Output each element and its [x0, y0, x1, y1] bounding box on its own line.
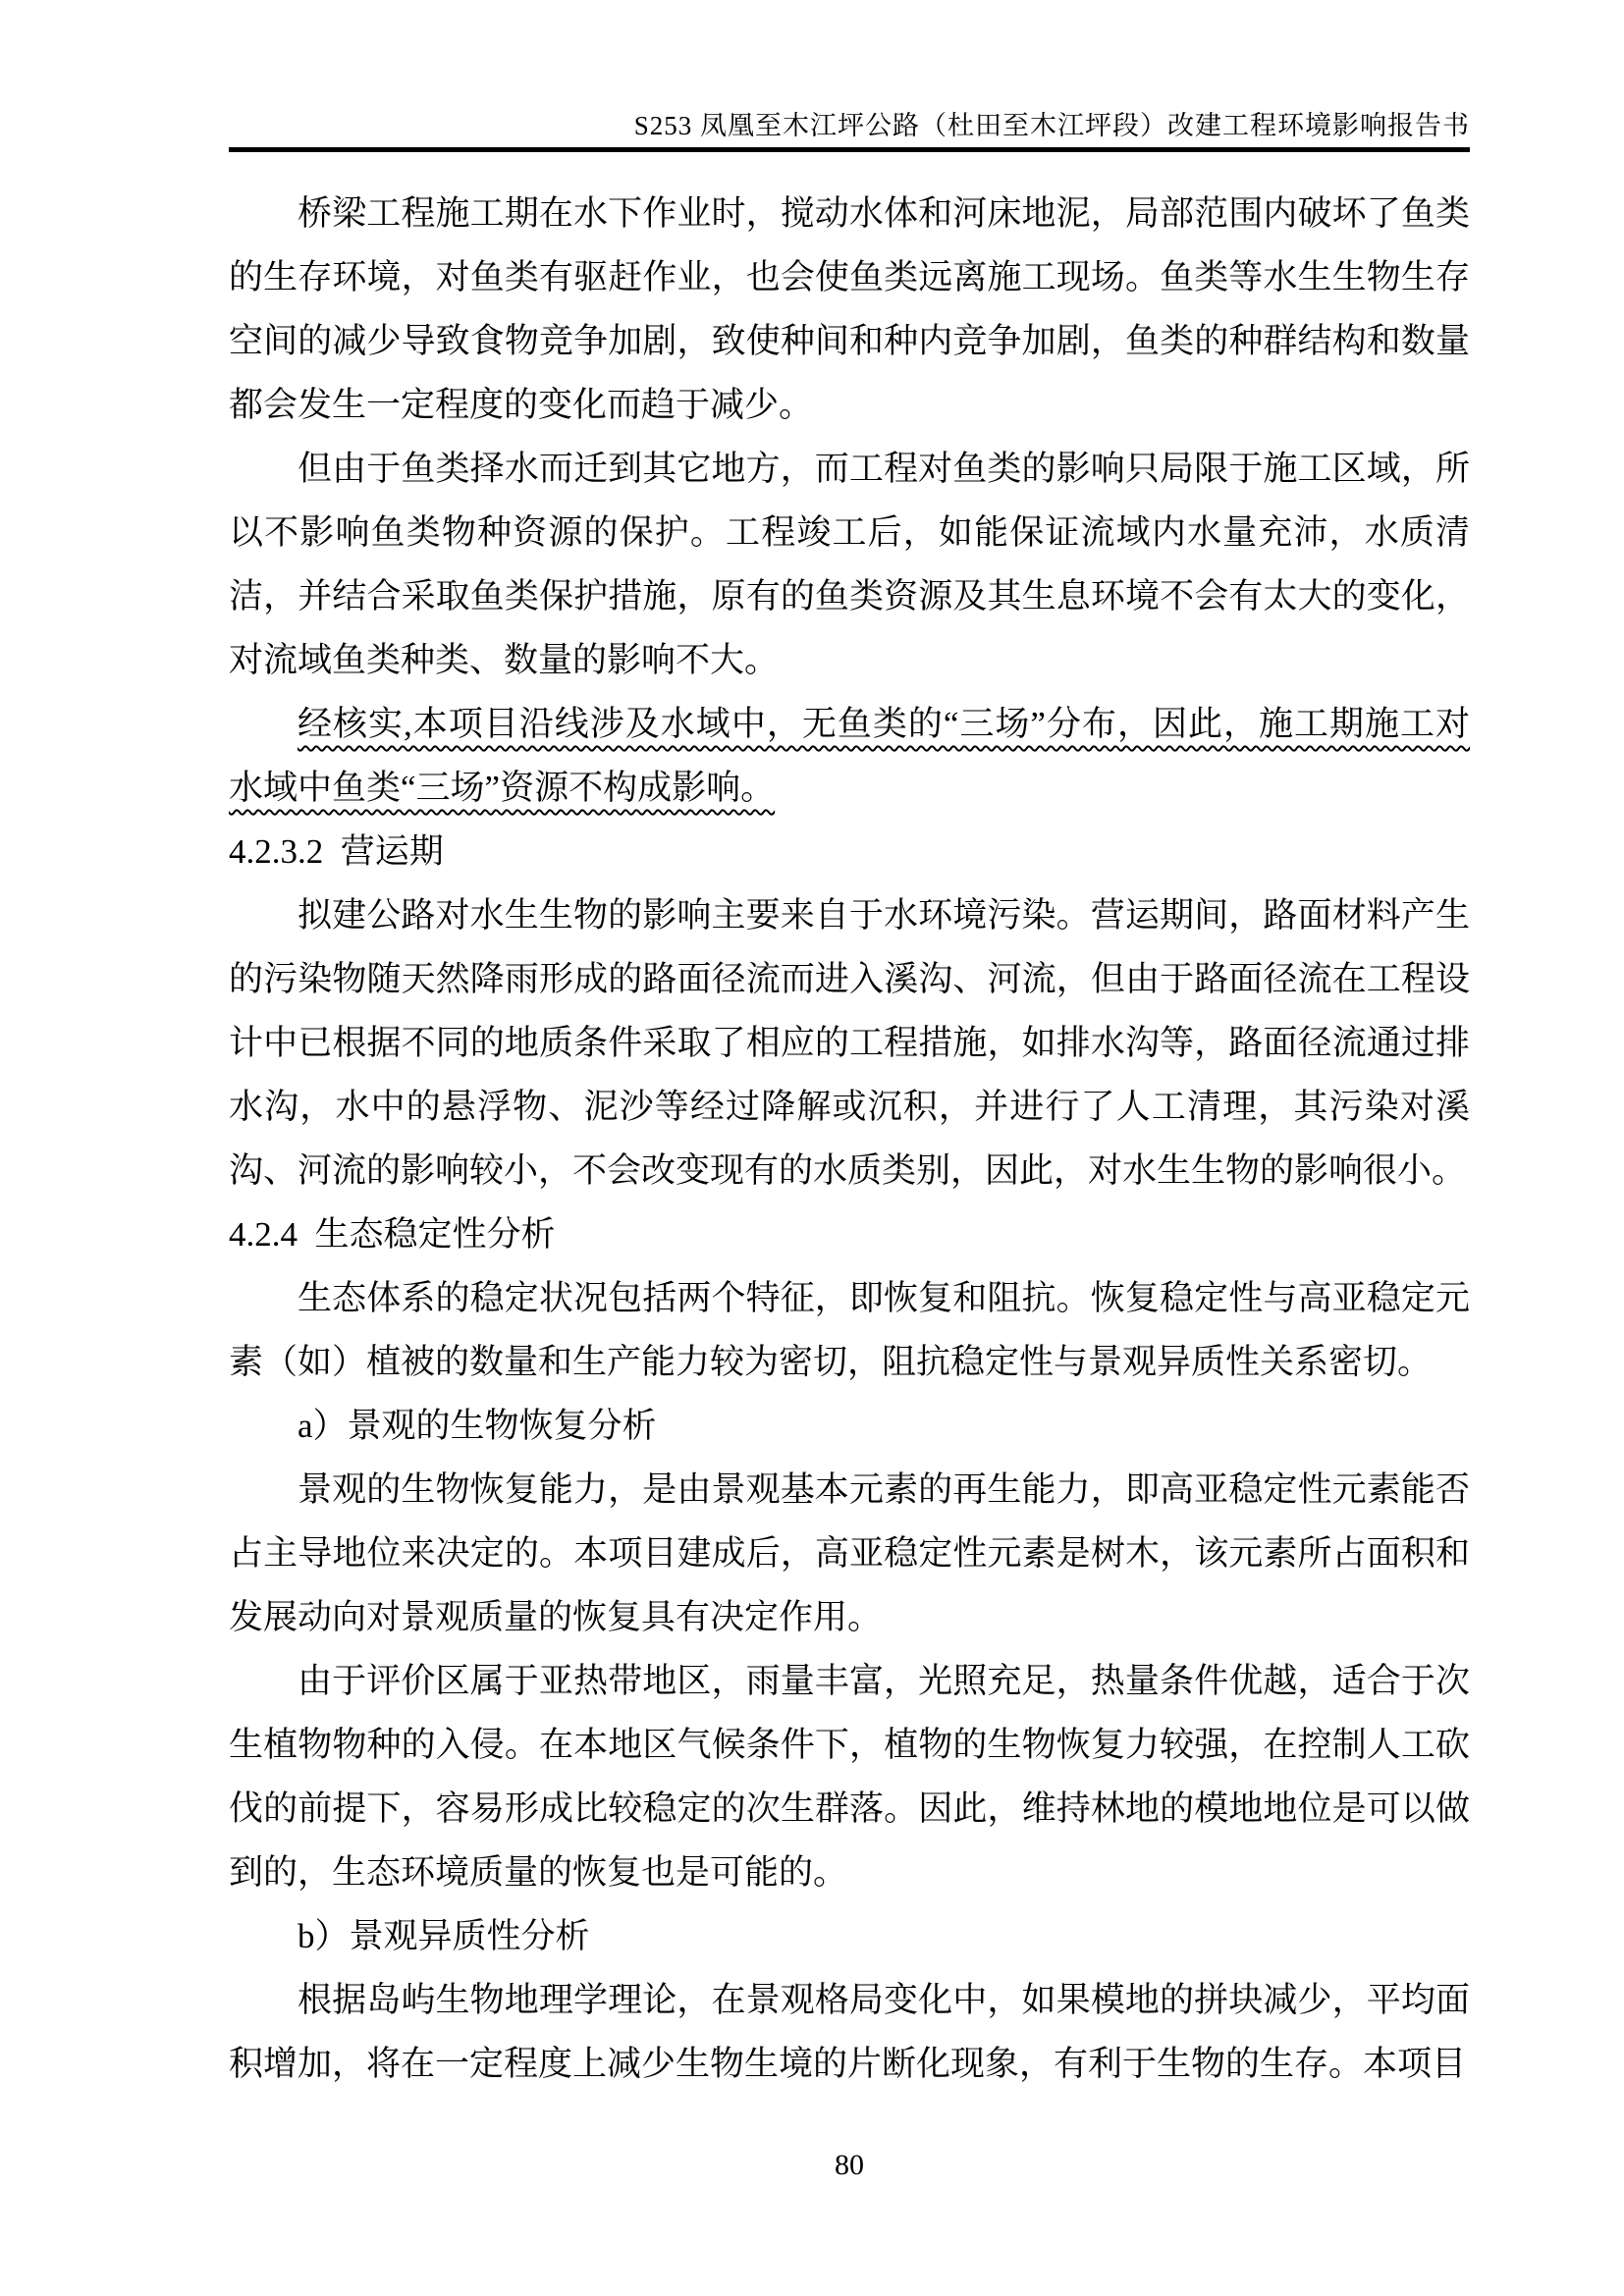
section-heading-4-2-4-ecological-stability: 4.2.4 生态稳定性分析	[229, 1202, 1470, 1266]
paragraph-subtropical-secondary-vegetation: 由于评价区属于亚热带地区，雨量丰富，光照充足，热量条件优越，适合于次生植物物种的…	[229, 1649, 1470, 1904]
content-column: S253 凤凰至木江坪公路（杜田至木江坪段）改建工程环境影响报告书 桥梁工程施工…	[229, 0, 1470, 2096]
paragraph-bridge-construction-impact: 桥梁工程施工期在水下作业时，搅动水体和河床地泥，局部范围内破坏了鱼类的生存环境，…	[229, 182, 1470, 437]
page-number: 80	[229, 2148, 1470, 2183]
paragraph-ecosystem-stability-features: 生态体系的稳定状况包括两个特征，即恢复和阻抗。恢复稳定性与高亚稳定元素（如）植被…	[229, 1266, 1470, 1394]
paragraph-fish-migration-protection: 但由于鱼类择水而迁到其它地方，而工程对鱼类的影响只局限于施工区域，所以不影响鱼类…	[229, 437, 1470, 692]
report-header-title: S253 凤凰至木江坪公路（杜田至木江坪段）改建工程环境影响报告书	[229, 0, 1470, 141]
header-divider-rule	[229, 147, 1470, 152]
paragraph-landscape-recovery-capacity: 景观的生物恢复能力，是由景观基本元素的再生能力，即高亚稳定性元素能否占主导地位来…	[229, 1458, 1470, 1649]
document-body: 桥梁工程施工期在水下作业时，搅动水体和河床地泥，局部范围内破坏了鱼类的生存环境，…	[229, 182, 1470, 2096]
section-heading-4-2-3-2-operation-period: 4.2.3.2 营运期	[229, 820, 1470, 883]
paragraph-island-biogeography-theory: 根据岛屿生物地理学理论，在景观格局变化中，如果模地的拼块减少，平均面积增加，将在…	[229, 1968, 1470, 2096]
paragraph-operation-period-water-pollution: 拟建公路对水生生物的影响主要来自于水环境污染。营运期间，路面材料产生的污染物随天…	[229, 883, 1470, 1202]
list-item-b-landscape-heterogeneity: b）景观异质性分析	[229, 1904, 1470, 1968]
paragraph-verified-no-sanchang-impact: 经核实,本项目沿线涉及水域中，无鱼类的“三场”分布，因此，施工期施工对水域中鱼类…	[229, 692, 1470, 820]
document-page: S253 凤凰至木江坪公路（杜田至木江坪段）改建工程环境影响报告书 桥梁工程施工…	[0, 0, 1624, 2296]
list-item-a-landscape-bio-recovery: a）景观的生物恢复分析	[229, 1394, 1470, 1458]
